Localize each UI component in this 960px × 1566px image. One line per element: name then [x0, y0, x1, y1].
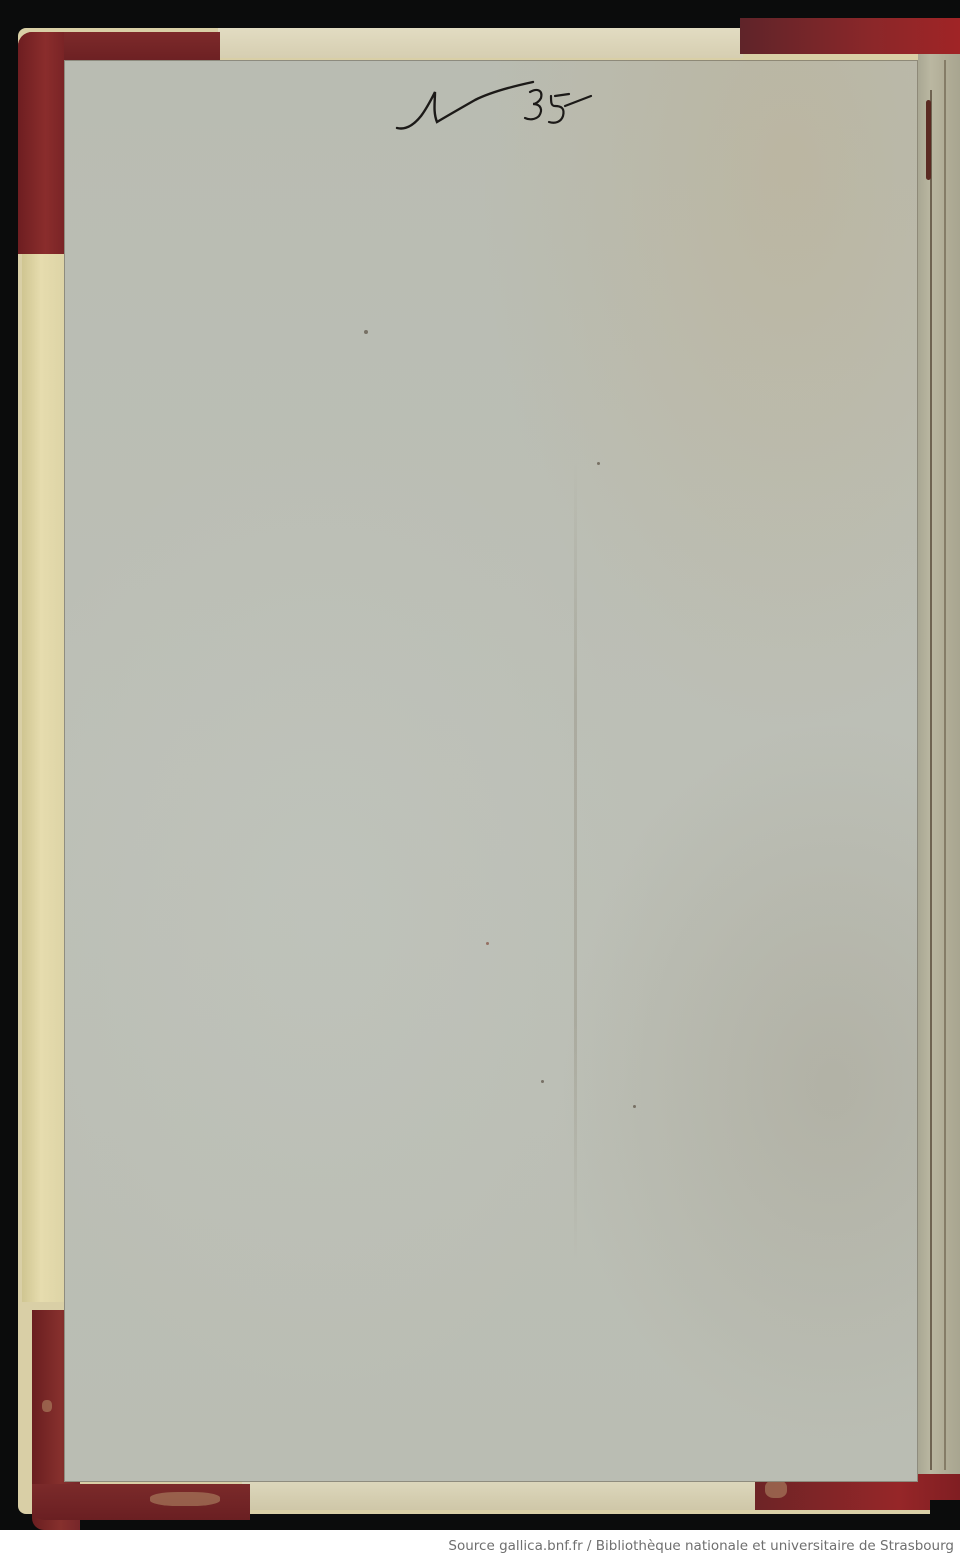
vellum-edge-left: [22, 252, 64, 1302]
paper-speck: [633, 1105, 636, 1108]
paper-speck: [364, 330, 368, 334]
scan-background-corner: [930, 1500, 960, 1530]
leather-wear-spot: [765, 1480, 787, 1498]
leather-corner-top-right: [740, 18, 960, 54]
scanned-page-image: N 35: [0, 0, 960, 1530]
vellum-edge-top: [218, 28, 743, 58]
paper-speck: [597, 462, 600, 465]
leather-wear-spot: [150, 1492, 220, 1506]
joint-hinge-line: [930, 90, 932, 1470]
pastedown-paper: [64, 60, 918, 1482]
footer-bar: Source gallica.bnf.fr / Bibliothèque nat…: [0, 1530, 960, 1566]
leather-wear-spot: [42, 1400, 52, 1412]
paper-crease: [574, 460, 577, 1260]
leather-corner-top-left-side: [18, 32, 64, 254]
source-credit: Source gallica.bnf.fr / Bibliothèque nat…: [448, 1538, 954, 1554]
paper-speck: [541, 1080, 544, 1083]
joint-tear: [926, 100, 931, 180]
book-joint-spine: [918, 54, 960, 1474]
paper-speck: [486, 942, 489, 945]
joint-hinge-line: [944, 60, 946, 1470]
vellum-edge-bottom: [242, 1480, 762, 1510]
